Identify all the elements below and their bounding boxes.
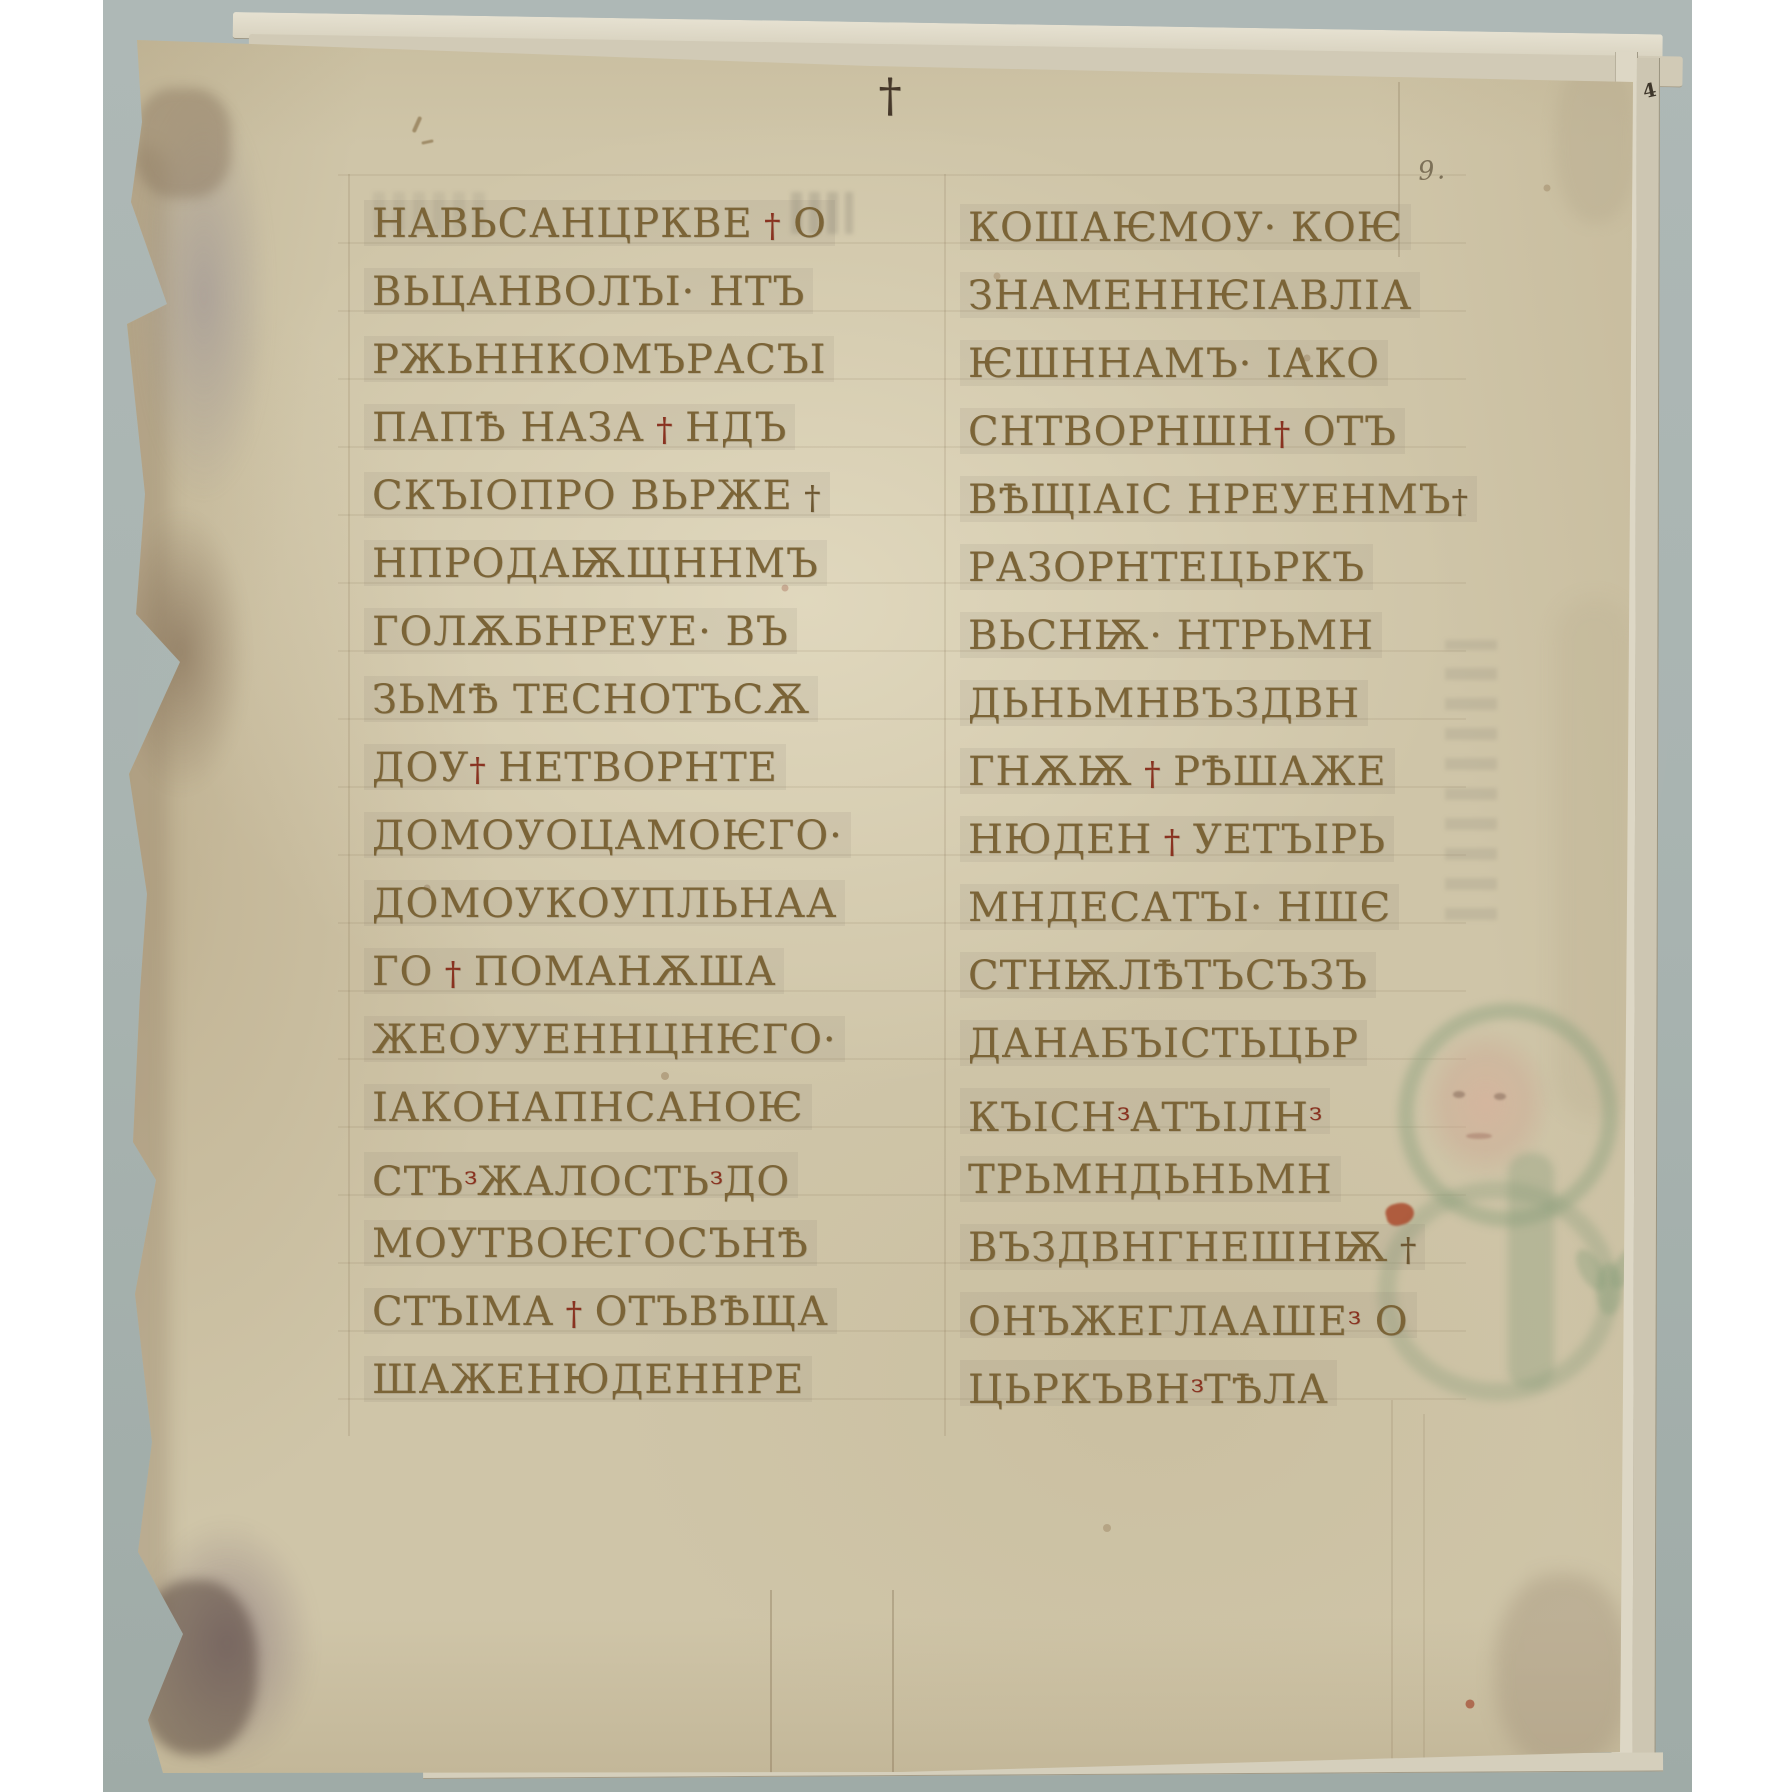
manuscript-photo: † 9. НАВЬСАНЦРКВЕ † ОВЬЦАНВОЛЪІ· НТЪРЖЬН…: [103, 0, 1692, 1792]
text-line: СНТВОРНШН† ОТЪ: [968, 402, 1397, 470]
cross-mark: †: [433, 954, 473, 993]
text-segment: ПАПѢ НАЗА: [372, 405, 645, 451]
text-line: ГО † ПОМАНѪША: [372, 942, 776, 1010]
text-segment: ТѢЛА: [1204, 1367, 1329, 1413]
manuscript-screenshot: † 9. НАВЬСАНЦРКВЕ † ОВЬЦАНВОЛЪІ· НТЪРЖЬН…: [0, 0, 1792, 1792]
cross-mark: †: [1152, 822, 1192, 861]
text-segment: НДЪ: [685, 405, 787, 451]
text-segment: ЖАЛОСТЬ: [477, 1159, 710, 1205]
text-segment: ѤШННАМЪ· ІАКО: [968, 341, 1380, 387]
text-line: ДОМОУКОУПЛЬНАА: [372, 874, 837, 942]
red-zelo-mark: з: [1191, 1370, 1204, 1398]
text-line: МОУТВОѤГОСЪНѢ: [372, 1214, 809, 1282]
text-line: НЮДЕН † УЕТЪІРЬ: [968, 810, 1386, 878]
text-segment: РЖЬННКОМЪРАСЪІ: [372, 337, 826, 383]
text-segment: ВЪЗДВНГНЕШНѬ: [968, 1225, 1388, 1271]
text-segment: НАВЬСАНЦРКВЕ: [372, 201, 753, 247]
cross-mark: †: [753, 206, 793, 245]
text-line: КЪІСНзАТЪІЛНз: [968, 1082, 1322, 1150]
text-segment: ТРЬМНДЬНЬМН: [968, 1157, 1333, 1203]
text-column-right: КОШАѤМОУ· КОѤЗНАМЕННѤІАВЛІАѤШННАМЪ· ІАКО…: [968, 198, 1469, 1422]
text-segment: ДОМОУКОУПЛЬНАА: [372, 881, 837, 927]
text-segment: ЗНАМЕННѤІАВЛІА: [968, 273, 1412, 319]
text-segment: МОУТВОѤГОСЪНѢ: [372, 1221, 809, 1267]
text-segment: ВЬСНѬ· НТРЬМН: [968, 613, 1374, 659]
text-segment: ДАНАБЪІСТЬЦЬР: [968, 1021, 1359, 1067]
text-segment: ШАЖЕНЮДЕННРЕ: [372, 1357, 804, 1403]
text-line: ДОУ† НЕТВОРНТЕ: [372, 738, 778, 806]
text-segment: О: [1361, 1299, 1409, 1345]
text-segment: НПРОДАѬЩННМЪ: [372, 541, 819, 587]
text-segment: КЪІСН: [968, 1095, 1117, 1141]
text-line: ШАЖЕНЮДЕННРЕ: [372, 1350, 804, 1418]
text-line: ЗНАМЕННѤІАВЛІА: [968, 266, 1412, 334]
red-zelo-mark: з: [710, 1162, 723, 1190]
text-line: ЗЬМѢ ТЕСНОТЪСѪ: [372, 670, 810, 738]
text-segment: УЕТЪІРЬ: [1193, 817, 1386, 863]
text-line: НПРОДАѬЩННМЪ: [372, 534, 819, 602]
text-line: ГНѪѬ † РѢШАЖЕ: [968, 742, 1387, 810]
cross-mark: †: [645, 410, 685, 449]
text-segment: СТЪ: [372, 1159, 464, 1205]
top-cross-mark: †: [865, 68, 915, 122]
text-line: СТНѬЛѢТЪСЪЗЪ: [968, 946, 1368, 1014]
text-segment: РѢШАЖЕ: [1173, 749, 1386, 795]
text-segment: ПОМАНѪША: [474, 949, 777, 995]
text-segment: ЦЬРКЪВН: [968, 1367, 1191, 1413]
text-segment: СТЪІМА: [372, 1289, 554, 1335]
text-segment: ЗЬМѢ ТЕСНОТЪСѪ: [372, 677, 810, 723]
text-line: ПАПѢ НАЗА † НДЪ: [372, 398, 787, 466]
text-line: ДАНАБЪІСТЬЦЬР: [968, 1014, 1359, 1082]
text-line: ЖЕОУУЕННЦНѤГО·: [372, 1010, 837, 1078]
cross-mark: †: [554, 1294, 594, 1333]
text-line: ГОЛѪБНРЕУЕ· ВЪ: [372, 602, 789, 670]
text-segment: ДО: [723, 1159, 790, 1205]
text-segment: ЖЕОУУЕННЦНѤГО·: [372, 1017, 837, 1063]
text-line: КОШАѤМОУ· КОѤ: [968, 198, 1403, 266]
text-line: ВЬЦАНВОЛЪІ· НТЪ: [372, 262, 805, 330]
text-segment: ВЬЦАНВОЛЪІ· НТЪ: [372, 269, 805, 315]
cross-mark: †: [469, 750, 498, 789]
red-zelo-mark: з: [1117, 1098, 1130, 1126]
text-line: СКЪІОПРО ВЬРЖЕ †: [372, 466, 822, 534]
text-line: НАВЬСАНЦРКВЕ † О: [372, 194, 827, 262]
cross-mark: †: [1451, 482, 1469, 521]
red-zelo-mark: з: [1348, 1302, 1361, 1330]
text-line: РЖЬННКОМЪРАСЪІ: [372, 330, 826, 398]
text-segment: ГНѪѬ: [968, 749, 1133, 795]
cross-mark: †: [1388, 1230, 1417, 1269]
cross-mark: †: [1274, 414, 1303, 453]
cross-mark: †: [1133, 754, 1173, 793]
text-layer: † 9. НАВЬСАНЦРКВЕ † ОВЬЦАНВОЛЪІ· НТЪРЖЬН…: [123, 24, 1638, 1774]
underleaf-edge-right: [1633, 58, 1660, 1758]
text-segment: ВѢЩІАІС НРЕУЕНМЪ: [968, 477, 1451, 523]
text-line: ВЪЗДВНГНЕШНѬ †: [968, 1218, 1417, 1286]
text-line: РАЗОРНТЕЦЬРКЪ: [968, 538, 1365, 606]
text-line: ОНЪЖЕГЛААШЕз О: [968, 1286, 1409, 1354]
text-segment: ГОЛѪБНРЕУЕ· ВЪ: [372, 609, 789, 655]
text-segment: ОТЪ: [1303, 409, 1397, 455]
folio-number: 9.: [1417, 155, 1448, 187]
text-line: ТРЬМНДЬНЬМН: [968, 1150, 1333, 1218]
text-segment: РАЗОРНТЕЦЬРКЪ: [968, 545, 1365, 591]
text-segment: ГО: [372, 949, 433, 995]
text-segment: СКЪІОПРО ВЬРЖЕ: [372, 473, 793, 519]
text-line: ВЬСНѬ· НТРЬМН: [968, 606, 1374, 674]
text-segment: СТНѬЛѢТЪСЪЗЪ: [968, 953, 1368, 999]
text-line: ДЬНЬМНВЪЗДВН: [968, 674, 1360, 742]
text-line: МНДЕСАТЪІ· НШЄ: [968, 878, 1391, 946]
text-segment: МНДЕСАТЪІ· НШЄ: [968, 885, 1391, 931]
cross-mark: †: [793, 478, 822, 517]
text-column-left: НАВЬСАНЦРКВЕ † ОВЬЦАНВОЛЪІ· НТЪРЖЬННКОМЪ…: [372, 194, 843, 1418]
text-line: ДОМОУОЦАМОѤГО·: [372, 806, 843, 874]
text-segment: СНТВОРНШН: [968, 409, 1274, 455]
text-line: СТЪзЖАЛОСТЬзДО: [372, 1146, 790, 1214]
red-zelo-mark: з: [1309, 1098, 1322, 1126]
text-line: ѤШННАМЪ· ІАКО: [968, 334, 1380, 402]
text-segment: ДЬНЬМНВЪЗДВН: [968, 681, 1360, 727]
red-zelo-mark: з: [464, 1162, 477, 1190]
parchment-page: † 9. НАВЬСАНЦРКВЕ † ОВЬЦАНВОЛЪІ· НТЪРЖЬН…: [123, 24, 1638, 1774]
text-line: СТЪІМА † ОТЪВѢЩА: [372, 1282, 829, 1350]
text-segment: ДОМОУОЦАМОѤГО·: [372, 813, 843, 859]
text-segment: ОНЪЖЕГЛААШЕ: [968, 1299, 1348, 1345]
text-segment: КОШАѤМОУ· КОѤ: [968, 205, 1403, 251]
text-segment: О: [793, 201, 827, 247]
text-segment: ДОУ: [372, 745, 469, 791]
text-segment: ОТЪВѢЩА: [595, 1289, 829, 1335]
text-line: ВѢЩІАІС НРЕУЕНМЪ†: [968, 470, 1469, 538]
foxing-speckles: [123, 24, 127, 28]
text-segment: ІАКОНАПНСАНОѤ: [372, 1085, 804, 1131]
text-line: ІАКОНАПНСАНОѤ: [372, 1078, 804, 1146]
text-segment: АТЪІЛН: [1130, 1095, 1309, 1141]
text-segment: НЕТВОРНТЕ: [498, 745, 778, 791]
text-segment: НЮДЕН: [968, 817, 1152, 863]
text-line: ЦЬРКЪВНзТѢЛА: [968, 1354, 1329, 1422]
